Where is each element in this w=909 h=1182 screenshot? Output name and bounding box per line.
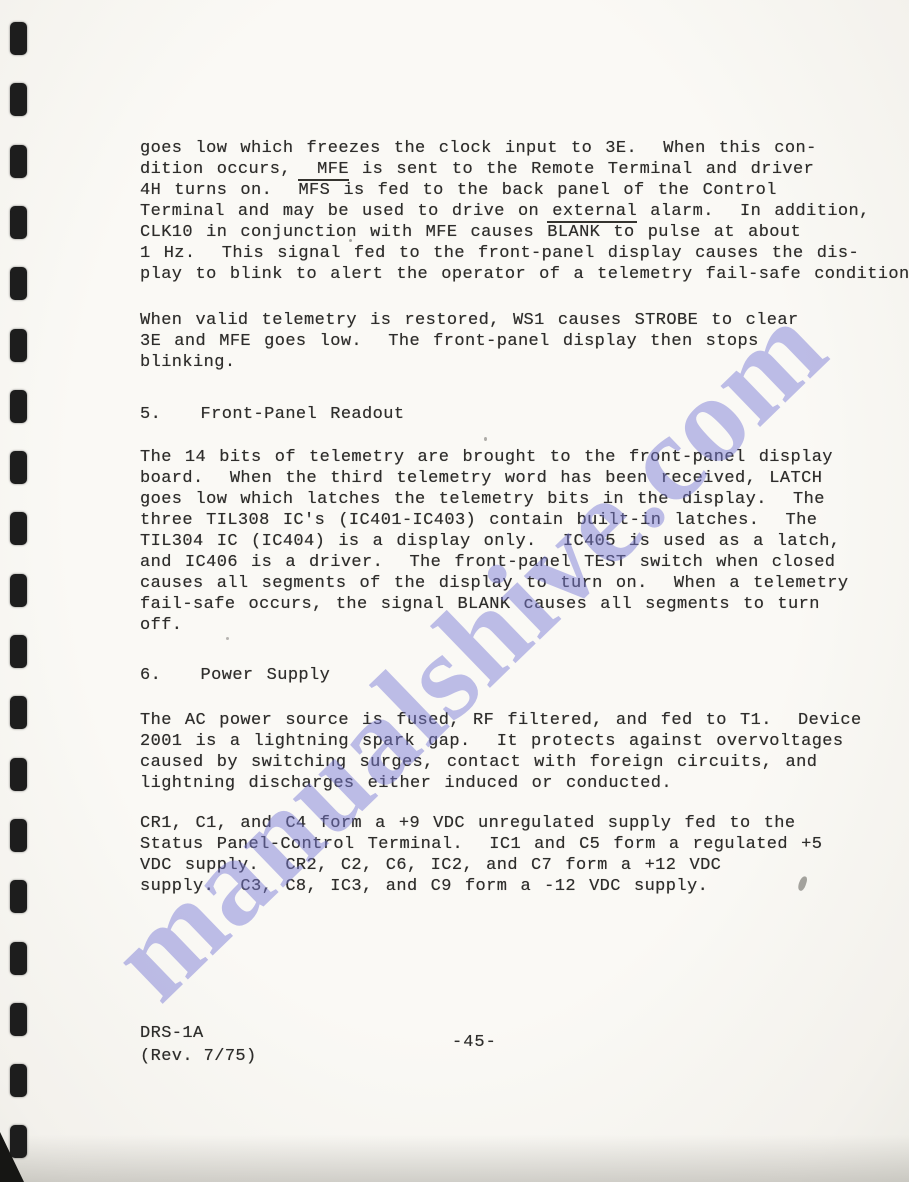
binding-hole xyxy=(10,22,27,55)
text-line: blinking. xyxy=(140,352,870,373)
binding-hole xyxy=(10,451,27,484)
binding-hole xyxy=(10,145,27,178)
text-line: Terminal and may be used to drive on ext… xyxy=(140,201,870,222)
heading-front-panel-readout: 5. Front-Panel Readout xyxy=(140,404,870,425)
paper-speck xyxy=(484,437,487,441)
text-line: Status Panel-Control Terminal. IC1 and C… xyxy=(140,834,870,855)
text-line: 1 Hz. This signal fed to the front-panel… xyxy=(140,243,870,264)
text-line: The AC power source is fused, RF filtere… xyxy=(140,710,870,731)
text-line: off. xyxy=(140,615,870,636)
text-line: 4H turns on. MFS is fed to the back pane… xyxy=(140,180,870,201)
text-line: causes all segments of the display to tu… xyxy=(140,573,870,594)
binding-hole xyxy=(10,942,27,975)
scanned-page: goes low which freezes the clock input t… xyxy=(0,0,909,1182)
text-line: goes low which freezes the clock input t… xyxy=(140,138,870,159)
binding-hole xyxy=(10,329,27,362)
text-line: The 14 bits of telemetry are brought to … xyxy=(140,447,870,468)
text-line: 5. Front-Panel Readout xyxy=(140,404,870,425)
text-line: CR1, C1, and C4 form a +9 VDC unregulate… xyxy=(140,813,870,834)
binding-hole xyxy=(10,83,27,116)
binding-hole xyxy=(10,206,27,239)
text-line: fail-safe occurs, the signal BLANK cause… xyxy=(140,594,870,615)
text-line: caused by switching surges, contact with… xyxy=(140,752,870,773)
text-line: CLK10 in conjunction with MFE causes BLA… xyxy=(140,222,870,243)
para-fail-safe-condition: goes low which freezes the clock input t… xyxy=(140,138,870,285)
binding-hole xyxy=(10,574,27,607)
text-line: play to blink to alert the operator of a… xyxy=(140,264,870,285)
footer: DRS-1A(Rev. 7/75) xyxy=(140,1022,257,1068)
text-line: three TIL308 IC's (IC401-IC403) contain … xyxy=(140,510,870,531)
binding-hole xyxy=(10,758,27,791)
para-telemetry-restored: When valid telemetry is restored, WS1 ca… xyxy=(140,310,870,373)
text-line: dition occurs, MFE is sent to the Remote… xyxy=(140,159,870,180)
text-line: 3E and MFE goes low. The front-panel dis… xyxy=(140,331,870,352)
binding-hole xyxy=(10,696,27,729)
para-supply-rails: CR1, C1, and C4 form a +9 VDC unregulate… xyxy=(140,813,870,897)
binding-hole xyxy=(10,880,27,913)
text-line: board. When the third telemetry word has… xyxy=(140,468,870,489)
text-line: 6. Power Supply xyxy=(140,665,870,686)
binding-hole xyxy=(10,1003,27,1036)
binding-hole xyxy=(10,1125,27,1158)
text-line: goes low which latches the telemetry bit… xyxy=(140,489,870,510)
page-number: -45- xyxy=(452,1033,497,1052)
doc-id: DRS-1A xyxy=(140,1024,204,1043)
binding-hole xyxy=(10,267,27,300)
para-front-panel-readout: The 14 bits of telemetry are brought to … xyxy=(140,447,870,636)
heading-power-supply: 6. Power Supply xyxy=(140,665,870,686)
text-line: VDC supply. CR2, C2, C6, IC2, and C7 for… xyxy=(140,855,870,876)
text-line: supply. C3, C8, IC3, and C9 form a -12 V… xyxy=(140,876,870,897)
paper-speck xyxy=(226,637,229,640)
binding-hole xyxy=(10,1064,27,1097)
text-line: lightning discharges either induced or c… xyxy=(140,773,870,794)
binding-hole xyxy=(10,819,27,852)
text-blocks: goes low which freezes the clock input t… xyxy=(140,138,870,897)
text-line: TIL304 IC (IC404) is a display only. IC4… xyxy=(140,531,870,552)
text-line: and IC406 is a driver. The front-panel T… xyxy=(140,552,870,573)
binding-hole xyxy=(10,512,27,545)
binding-hole xyxy=(10,390,27,423)
binding-holes xyxy=(0,0,40,1182)
para-power-supply: The AC power source is fused, RF filtere… xyxy=(140,710,870,794)
doc-revision: (Rev. 7/75) xyxy=(140,1047,257,1066)
paper-speck xyxy=(349,239,352,242)
text-line: When valid telemetry is restored, WS1 ca… xyxy=(140,310,870,331)
binding-hole xyxy=(10,635,27,668)
text-line: 2001 is a lightning spark gap. It protec… xyxy=(140,731,870,752)
